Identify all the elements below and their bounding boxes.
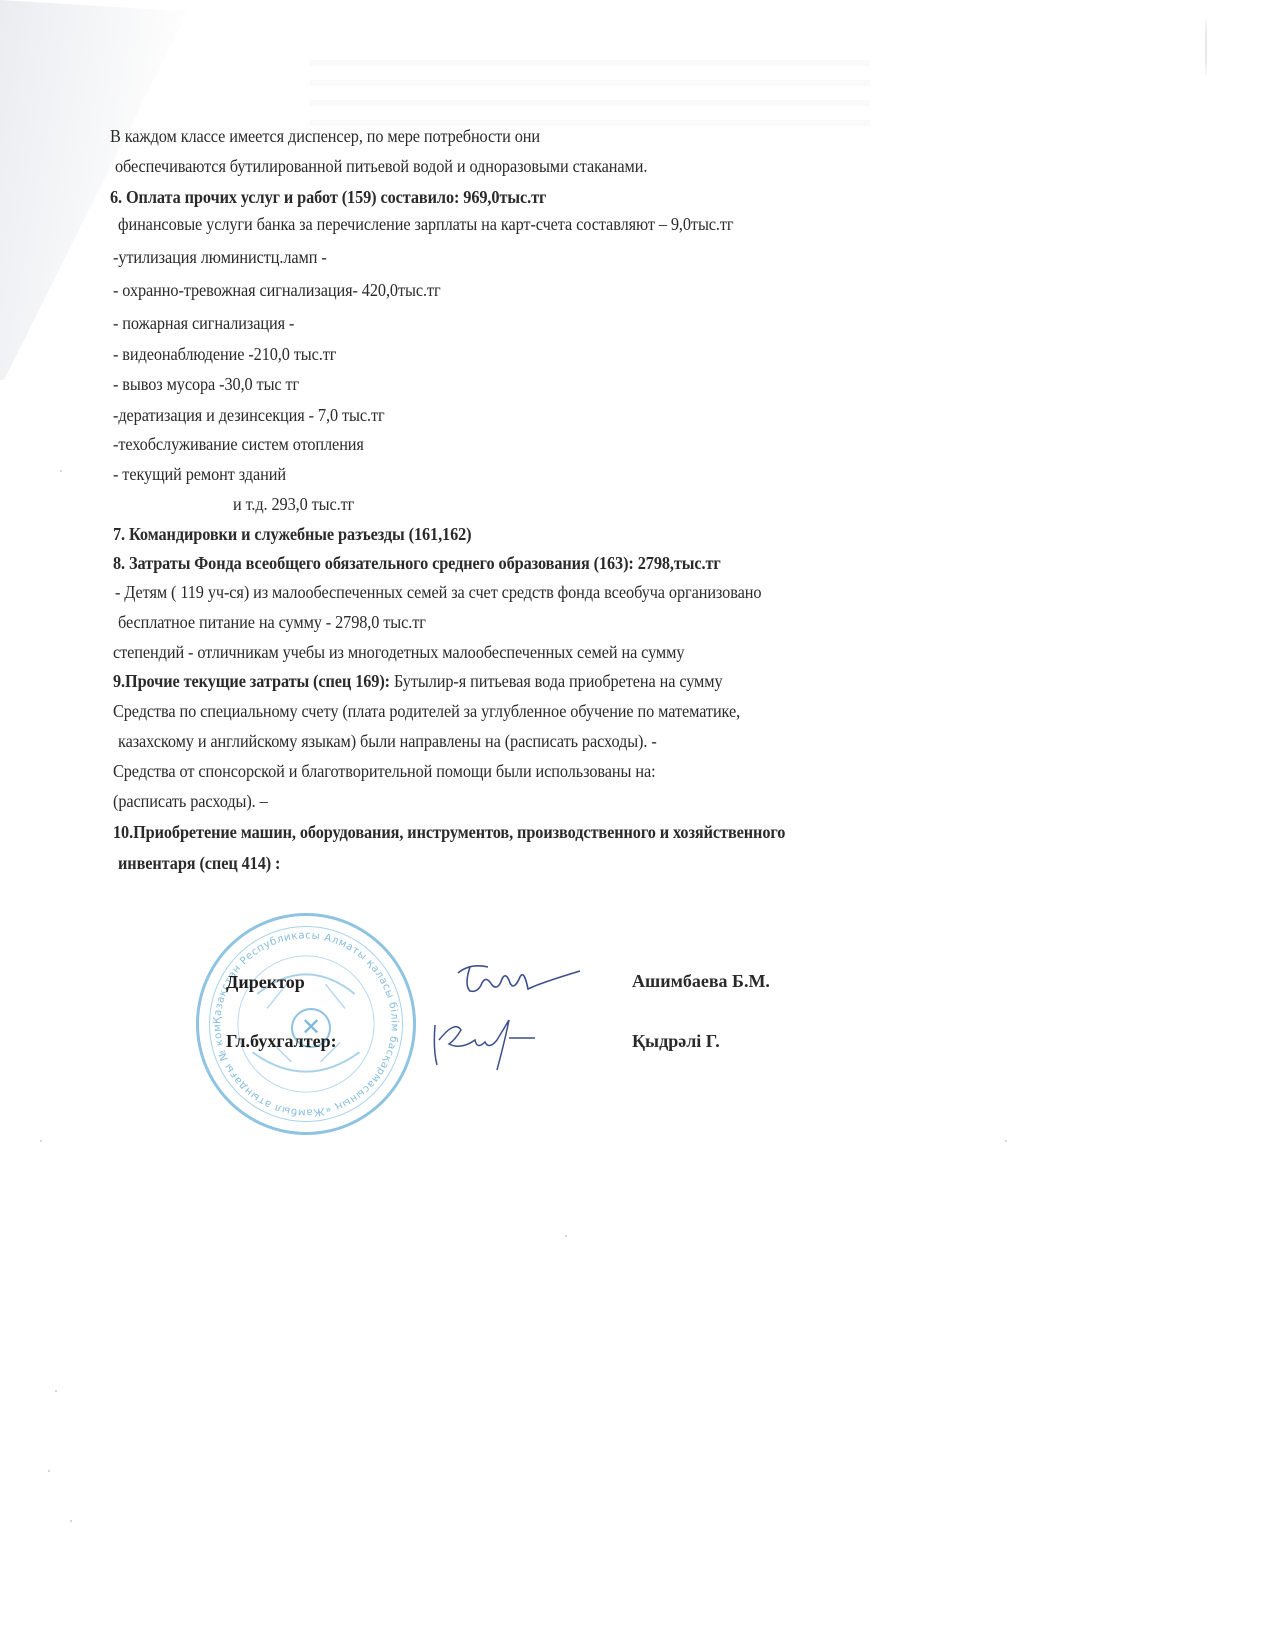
director-label: Директор xyxy=(226,972,305,993)
text-line: (расписать расходы). – xyxy=(113,790,268,812)
list-item: -утилизация люминистц.ламп - xyxy=(113,246,327,268)
section-heading-8: 8. Затраты Фонда всеобщего обязательного… xyxy=(113,552,721,574)
scan-speck xyxy=(40,1140,42,1142)
list-item: - видеонаблюдение -210,0 тыс.тг xyxy=(113,343,336,365)
accountant-name: Қыдрәлі Г. xyxy=(632,1031,720,1052)
scan-speck xyxy=(60,470,62,472)
section-heading-7: 7. Командировки и служебные разъезды (16… xyxy=(113,523,472,545)
scan-speck xyxy=(565,1235,567,1237)
section-heading-9-text: Бутылир-я питьевая вода приобретена на с… xyxy=(390,671,723,691)
director-signature-icon xyxy=(450,955,590,1005)
section-heading-10-cont: инвентаря (спец 414) : xyxy=(118,852,280,874)
list-item: - охранно-тревожная сигнализация- 420,0т… xyxy=(113,279,441,301)
text-line: обеспечиваются бутилированной питьевой в… xyxy=(115,155,647,177)
faded-header-bleedthrough xyxy=(310,60,870,130)
text-line: казахскому и английскому языкам) были на… xyxy=(118,730,657,752)
scan-edge-mark xyxy=(1205,20,1207,75)
list-item: - вывоз мусора -30,0 тыс тг xyxy=(113,373,299,395)
text-line: Средства от спонсорской и благотворитель… xyxy=(113,760,656,782)
list-item: -техобслуживание систем отопления xyxy=(113,433,364,455)
scan-speck xyxy=(55,1390,57,1392)
list-item: - текущий ремонт зданий xyxy=(113,463,286,485)
list-item: - пожарная сигнализация - xyxy=(113,312,294,334)
text-line: степендий - отличникам учебы из многодет… xyxy=(113,641,684,663)
text-line: - Детям ( 119 уч-ся) из малообеспеченных… xyxy=(115,581,761,603)
section-heading-10: 10.Приобретение машин, оборудования, инс… xyxy=(113,821,785,843)
section-heading-6: 6. Оплата прочих услуг и работ (159) сос… xyxy=(110,186,546,208)
accountant-label: Гл.бухгалтер: xyxy=(226,1031,337,1052)
scan-speck xyxy=(70,1520,72,1522)
list-item-total: и т.д. 293,0 тыс.тг xyxy=(233,493,354,515)
section-heading-9-label: 9.Прочие текущие затраты (спец 169): xyxy=(113,671,390,691)
text-line: В каждом классе имеется диспенсер, по ме… xyxy=(110,125,540,147)
scan-speck xyxy=(1005,1140,1007,1142)
accountant-signature-icon xyxy=(425,1010,555,1080)
text-line: Средства по специальному счету (плата ро… xyxy=(113,700,740,722)
official-stamp: Қазақстан Республикасы Алматы қаласы біл… xyxy=(196,913,416,1135)
director-name: Ашимбаева Б.М. xyxy=(632,971,770,992)
scan-speck xyxy=(48,1470,50,1472)
list-item: -дератизация и дезинсекция - 7,0 тыс.тг xyxy=(113,404,385,426)
text-line: финансовые услуги банка за перечисление … xyxy=(118,213,734,235)
section-heading-9: 9.Прочие текущие затраты (спец 169): Бут… xyxy=(113,670,723,692)
text-line: бесплатное питание на сумму - 2798,0 тыс… xyxy=(118,611,426,633)
